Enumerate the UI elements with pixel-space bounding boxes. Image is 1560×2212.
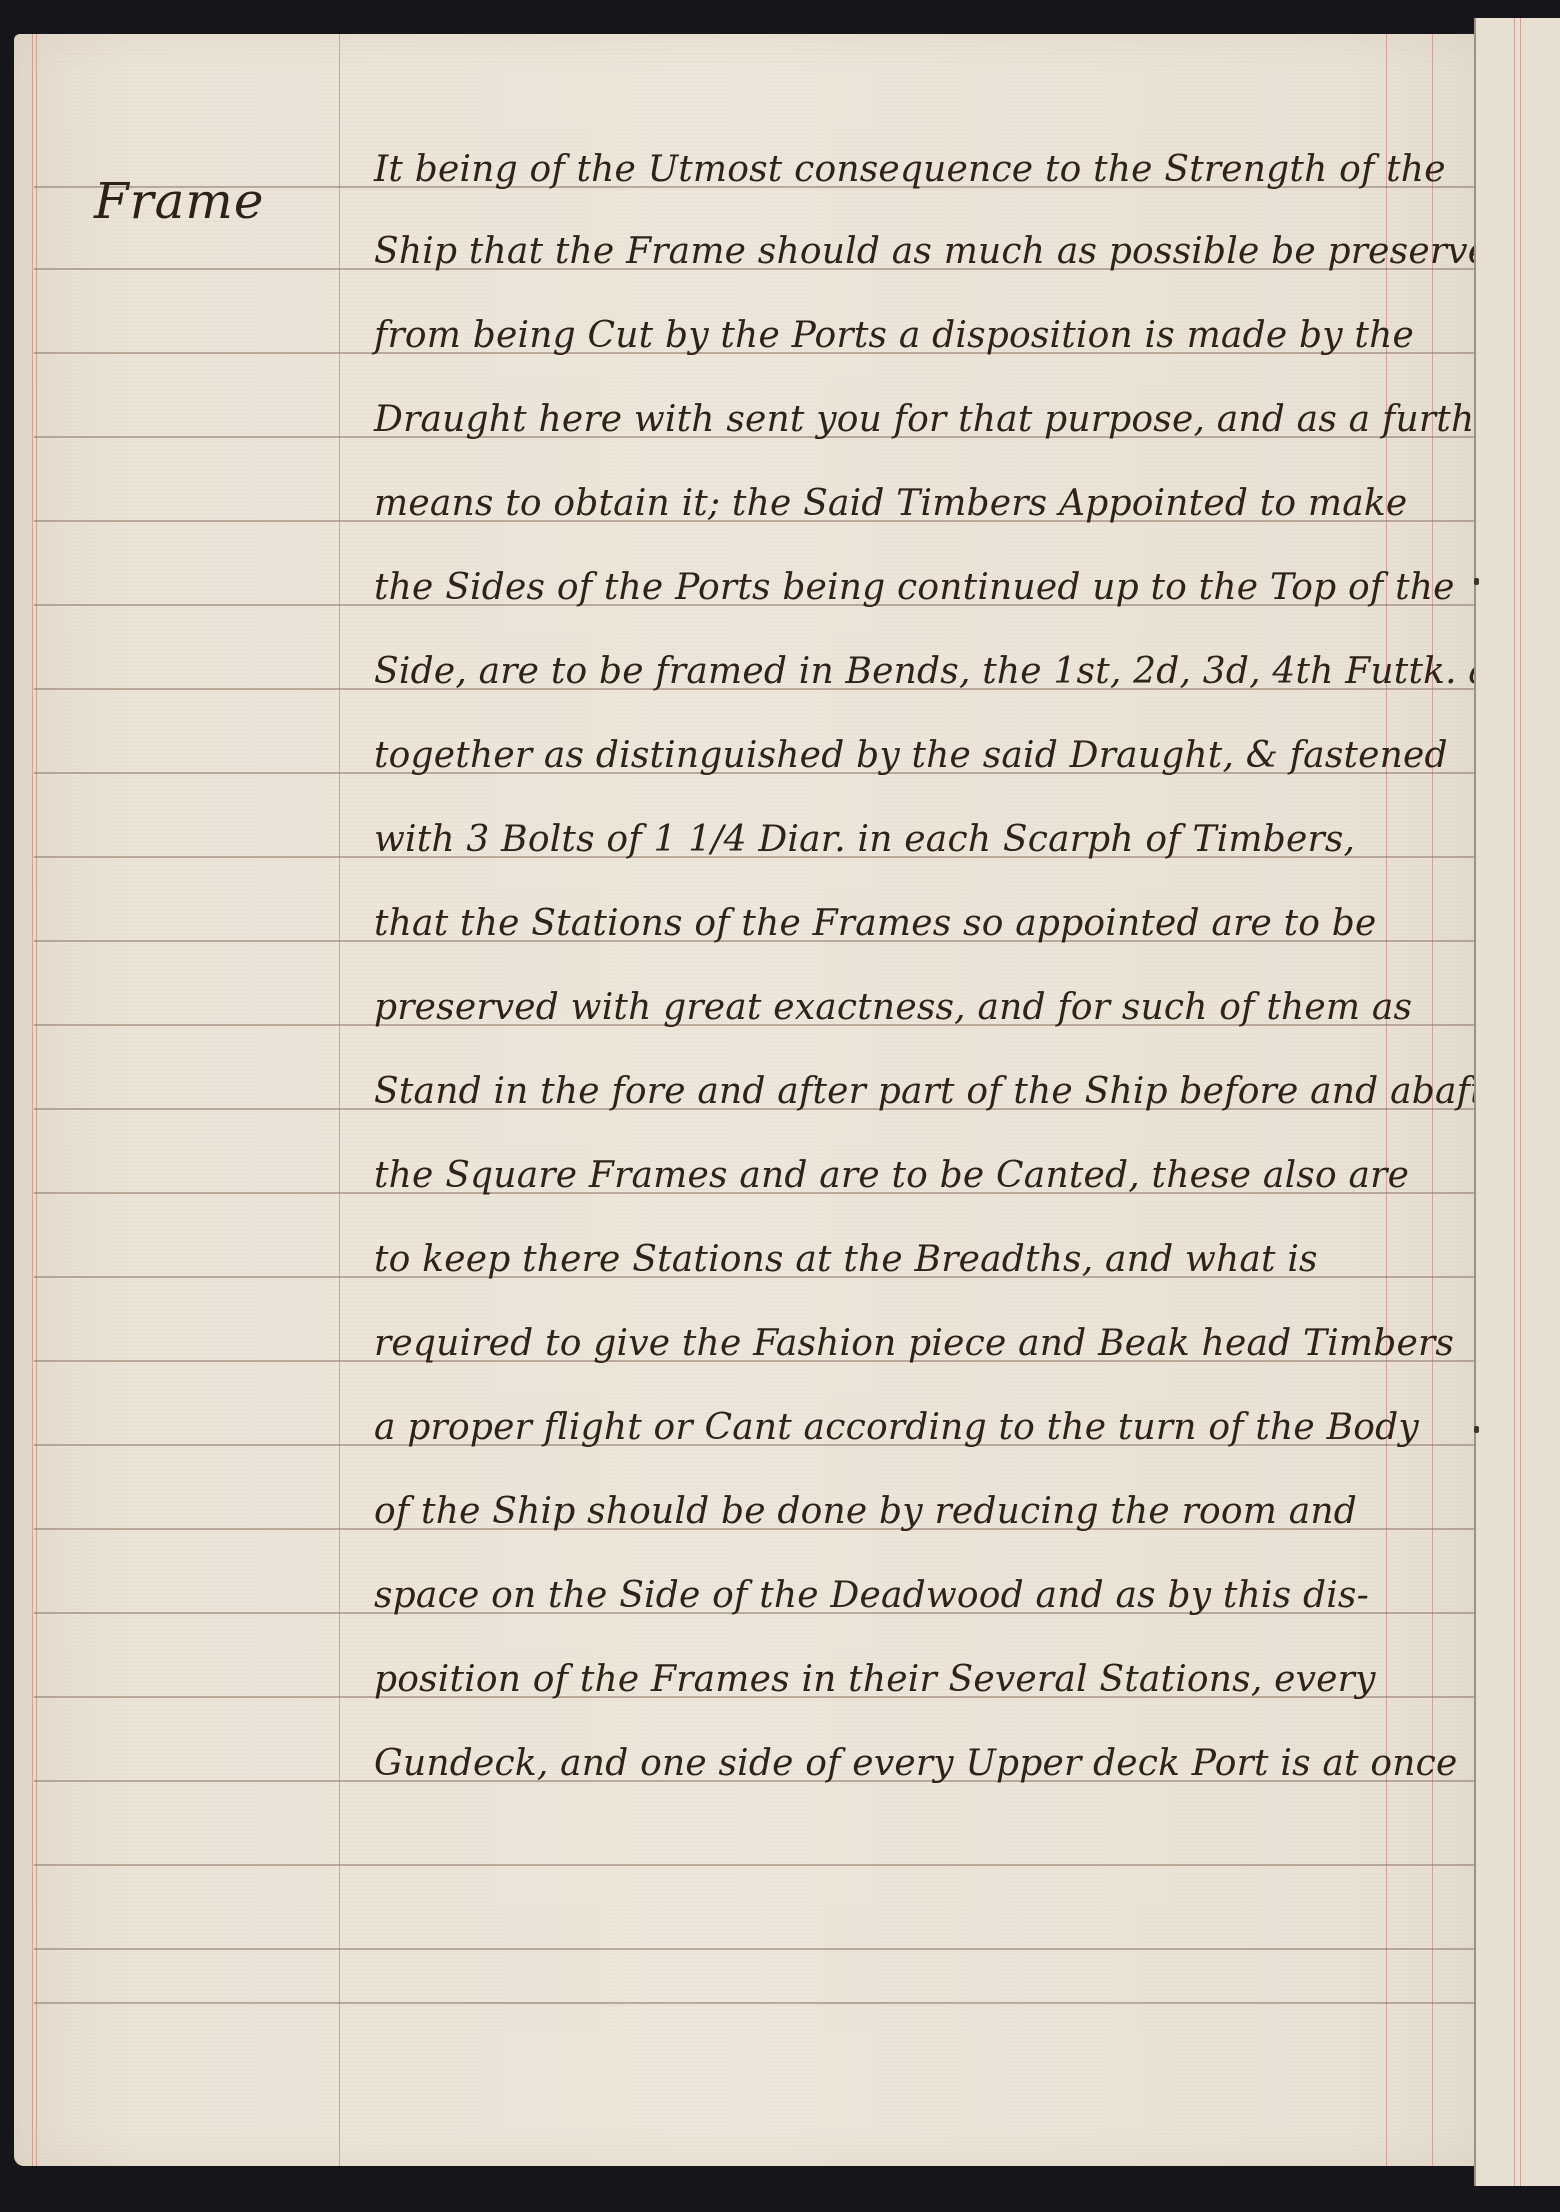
manuscript-line: of the Ship should be done by reducing t… <box>374 1494 1414 1530</box>
manuscript-line: the Sides of the Ports being continued u… <box>374 570 1414 606</box>
manuscript-line: from being Cut by the Ports a dispositio… <box>374 318 1414 354</box>
writing-rule <box>34 1864 1484 1866</box>
manuscript-page: Frame It being of the Utmost consequence… <box>14 34 1494 2166</box>
ruled-margin-line <box>32 34 33 2166</box>
manuscript-line: Draught here with sent you for that purp… <box>374 402 1414 438</box>
manuscript-line: Ship that the Frame should as much as po… <box>374 234 1414 270</box>
manuscript-line: together as distinguished by the said Dr… <box>374 738 1414 774</box>
manuscript-line: Gundeck, and one side of every Upper dec… <box>374 1746 1414 1782</box>
manuscript-line: with 3 Bolts of 1 1/4 Diar. in each Scar… <box>374 822 1414 858</box>
manuscript-line: preserved with great exactness, and for … <box>374 990 1414 1026</box>
margin-heading: Frame <box>94 172 264 230</box>
manuscript-line: means to obtain it; the Said Timbers App… <box>374 486 1414 522</box>
manuscript-line: a proper flight or Cant according to the… <box>374 1410 1414 1446</box>
writing-rule <box>34 2002 1484 2004</box>
binding-speck <box>1474 1426 1479 1433</box>
manuscript-line: space on the Side of the Deadwood and as… <box>374 1578 1414 1614</box>
manuscript-line: Side, are to be framed in Bends, the 1st… <box>374 654 1414 690</box>
manuscript-line: that the Stations of the Frames so appoi… <box>374 906 1414 942</box>
manuscript-line: It being of the Utmost consequence to th… <box>374 152 1414 188</box>
ruled-column-line <box>1514 18 1515 2186</box>
manuscript-line: to keep there Stations at the Breadths, … <box>374 1242 1414 1278</box>
ruled-margin-line <box>36 34 37 2166</box>
ruled-column-line <box>1520 18 1521 2186</box>
ruled-column-line <box>339 34 340 2166</box>
manuscript-line: Stand in the fore and after part of the … <box>374 1074 1414 1110</box>
manuscript-line: required to give the Fashion piece and B… <box>374 1326 1414 1362</box>
manuscript-line: position of the Frames in their Several … <box>374 1662 1414 1698</box>
manuscript-line: the Square Frames and are to be Canted, … <box>374 1158 1414 1194</box>
writing-rule <box>34 1948 1484 1950</box>
binding-speck <box>1474 578 1479 585</box>
adjacent-page-edge <box>1474 18 1560 2186</box>
